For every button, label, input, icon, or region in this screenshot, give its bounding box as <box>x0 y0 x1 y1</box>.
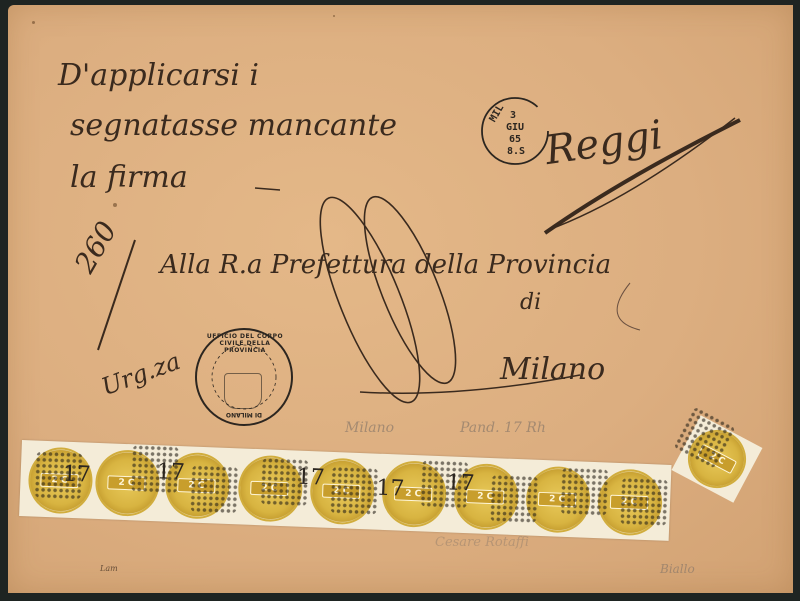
postmark-town: MIL <box>488 103 507 124</box>
numeral-cancel <box>329 466 379 516</box>
numeral-cancel <box>489 474 539 524</box>
pencil-note-5: Lam <box>100 564 118 573</box>
numeral-cancel <box>189 465 239 515</box>
pencil-note-1: Milano <box>345 420 394 436</box>
postmark-day: 3 <box>510 110 516 121</box>
official-seal: UFFICIO DEL CORPO CIVILE DELLA PROVINCIA… <box>196 329 292 425</box>
postmark: MIL 3 GIU 65 8.S <box>482 98 548 164</box>
seal-text: UFFICIO DEL CORPO CIVILE DELLA PROVINCIA <box>204 333 286 354</box>
numeral-cancel <box>619 477 669 527</box>
cancel-number: 17 <box>296 465 325 491</box>
coat-of-arms-icon <box>224 373 262 409</box>
cancel-number: 17 <box>376 476 405 502</box>
numeral-cancel <box>560 467 610 517</box>
cancel-number: 17 <box>156 459 185 485</box>
pencil-note-3: Cesare Rotaffi <box>435 535 529 550</box>
seal-lower-text: DI MILANO <box>222 411 266 418</box>
postmark-year: 65 <box>509 134 521 145</box>
pencil-note-4: Biallo <box>660 562 695 576</box>
cancel-number: 17 <box>62 462 91 488</box>
cancel-number: 17 <box>446 470 475 496</box>
postmark-month: GIU <box>506 122 524 133</box>
pencil-note-2: Pand. 17 Rh <box>460 420 546 436</box>
postmark-time: 8.S <box>507 146 525 157</box>
